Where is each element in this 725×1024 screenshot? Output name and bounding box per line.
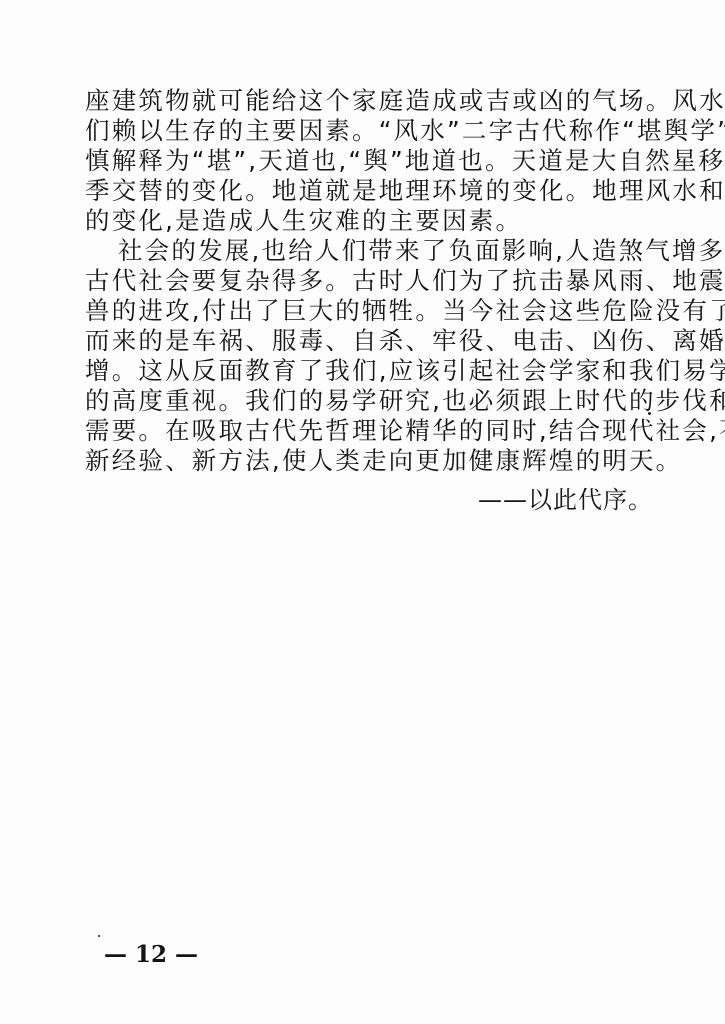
page-number: — 12 — [104, 940, 198, 970]
paragraph-2: 社会的发展,也给人们带来了负面影响,人造煞气增多,比较 古代社会要复杂得多。古时… [85, 236, 655, 476]
text-line: 而来的是车祸、服毒、自杀、牢役、电击、凶伤、离婚等等却与日俱 [85, 326, 655, 356]
text-line: 新经验、新方法,使人类走向更加健康辉煌的明天。 [85, 446, 655, 476]
text-line: 座建筑物就可能给这个家庭造成或吉或凶的气场。风水环境是人 [85, 86, 655, 116]
scan-speck [98, 935, 100, 937]
signature-line: ——以此代序。 [478, 485, 653, 515]
text-line: 兽的进攻,付出了巨大的牺牲。当今社会这些危险没有了,但随之 [85, 296, 655, 326]
text-line: 需要。在吸取古代先哲理论精华的同时,结合现代社会,不断总结 [85, 416, 655, 446]
text-line: 们赖以生存的主要因素。“风水”二字古代称作“堪舆学”,东汉许 [85, 116, 655, 146]
body-text: 座建筑物就可能给这个家庭造成或吉或凶的气场。风水环境是人 们赖以生存的主要因素。… [85, 86, 655, 476]
text-line: 的高度重视。我们的易学研究,也必须跟上时代的步伐和社会的 [85, 386, 655, 416]
text-line: 慎解释为“堪”,天道也,“舆”地道也。天道是大自然星移斗转,四 [85, 146, 655, 176]
text-line: 的变化,是造成人生灾难的主要因素。 [85, 206, 655, 236]
paragraph-1: 座建筑物就可能给这个家庭造成或吉或凶的气场。风水环境是人 们赖以生存的主要因素。… [85, 86, 655, 236]
text-line: 社会的发展,也给人们带来了负面影响,人造煞气增多,比较 [85, 236, 655, 266]
scan-speck [648, 412, 651, 415]
text-line: 增。这从反面教育了我们,应该引起社会学家和我们易学工作者 [85, 356, 655, 386]
scanned-page: 座建筑物就可能给这个家庭造成或吉或凶的气场。风水环境是人 们赖以生存的主要因素。… [0, 0, 725, 1024]
text-line: 季交替的变化。地道就是地理环境的变化。地理风水和生态环境 [85, 176, 655, 206]
text-line: 古代社会要复杂得多。古时人们为了抗击暴风雨、地震、海啸、野 [85, 266, 655, 296]
